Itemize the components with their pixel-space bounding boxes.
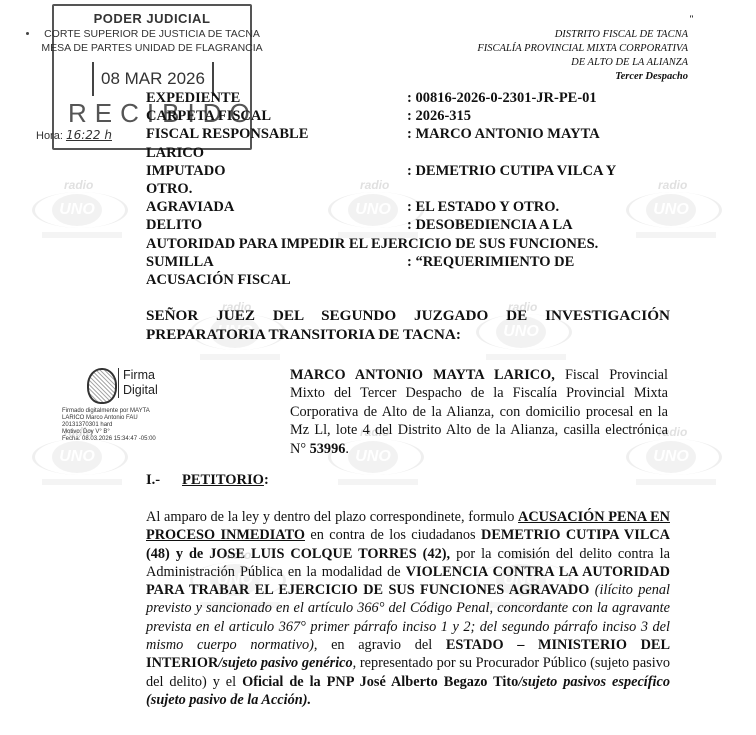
case-info-row: FISCAL RESPONSABLE: MARCO ANTONIO MAYTA (146, 125, 686, 143)
case-info-row: LARICO (146, 144, 686, 162)
scan-speck (26, 32, 29, 35)
stamp-time-label: Hora: (36, 130, 63, 142)
prosecutor-name: MARCO ANTONIO MAYTA LARICO, (290, 367, 555, 383)
seal-icon (87, 368, 117, 404)
stamp-time: Hora: 16:22 h (36, 128, 112, 142)
case-info-value: : DEMETRIO CUTIPA VILCA Y (407, 162, 686, 180)
case-info-label: ACUSACIÓN FISCAL (146, 271, 291, 289)
case-info-row: OTRO. (146, 180, 686, 198)
office-header: DISTRITO FISCAL DE TACNA FISCALÍA PROVIN… (477, 28, 688, 84)
header-line-2: FISCALÍA PROVINCIAL MIXTA CORPORATIVA (477, 42, 688, 56)
stamp-institution: PODER JUDICIAL (54, 11, 250, 26)
case-info-row: EXPEDIENTE: 00816-2026-0-2301-JR-PE-01 (146, 89, 686, 107)
case-info-value: : 2026-315 (407, 107, 686, 125)
case-info-label: CARPETA FISCAL (146, 107, 407, 125)
case-info-value: : MARCO ANTONIO MAYTA (407, 125, 686, 143)
section-number: I.- (146, 472, 182, 489)
case-info-value: : “REQUERIMIENTO DE (407, 253, 686, 271)
stamp-office: MESA DE PARTES UNIDAD DE FLAGRANCIA (30, 42, 274, 54)
case-info-label: FISCAL RESPONSABLE (146, 125, 407, 143)
case-info-label: AGRAVIADA (146, 198, 407, 216)
case-info-row: CARPETA FISCAL: 2026-315 (146, 107, 686, 125)
casilla-number: 53996 (310, 441, 346, 457)
case-info-row: ACUSACIÓN FISCAL (146, 271, 686, 289)
case-info-value: : DESOBEDIENCIA A LA (407, 216, 686, 234)
case-info-value: : EL ESTADO Y OTRO. (407, 198, 686, 216)
case-info-label: AUTORIDAD PARA IMPEDIR EL EJERCICIO DE S… (146, 235, 598, 253)
stamp-time-value: 16:22 h (66, 128, 112, 142)
signature-details: Firmado digitalmente por MAYTA LARICO Ma… (62, 408, 156, 443)
case-info-label: IMPUTADO (146, 162, 407, 180)
watermark: radioUNO (22, 178, 132, 248)
header-line-3: DE ALTO DE LA ALIANZA (477, 56, 688, 70)
intro-paragraph: MARCO ANTONIO MAYTA LARICO, Fiscal Provi… (290, 366, 668, 458)
case-info-label: DELITO (146, 216, 407, 234)
case-info: EXPEDIENTE: 00816-2026-0-2301-JR-PE-01CA… (146, 89, 686, 289)
case-info-row: IMPUTADO: DEMETRIO CUTIPA VILCA Y (146, 162, 686, 180)
section-title: PETITORIO (182, 472, 264, 488)
stamp-court: CORTE SUPERIOR DE JUSTICIA DE TACNA (30, 28, 274, 40)
header-line-1: DISTRITO FISCAL DE TACNA (477, 28, 688, 42)
section-heading: I.-PETITORIO: (146, 472, 269, 489)
case-info-row: DELITO: DESOBEDIENCIA A LA (146, 216, 686, 234)
addressee: SEÑOR JUEZ DEL SEGUNDO JUZGADO DE INVEST… (146, 307, 670, 344)
case-info-value: : 00816-2026-0-2301-JR-PE-01 (407, 89, 686, 107)
case-info-row: AGRAVIADA: EL ESTADO Y OTRO. (146, 198, 686, 216)
petitorio-paragraph: Al amparo de la ley y dentro del plazo c… (146, 508, 670, 709)
case-info-label: SUMILLA (146, 253, 407, 271)
case-info-label: OTRO. (146, 180, 192, 198)
header-line-4: Tercer Despacho (477, 70, 688, 84)
case-info-label: LARICO (146, 144, 204, 162)
case-info-row: SUMILLA: “REQUERIMIENTO DE (146, 253, 686, 271)
case-info-label: EXPEDIENTE (146, 89, 407, 107)
signature-label: Firma Digital (118, 368, 158, 398)
header-mark: " (689, 14, 694, 24)
case-info-row: AUTORIDAD PARA IMPEDIR EL EJERCICIO DE S… (146, 235, 686, 253)
